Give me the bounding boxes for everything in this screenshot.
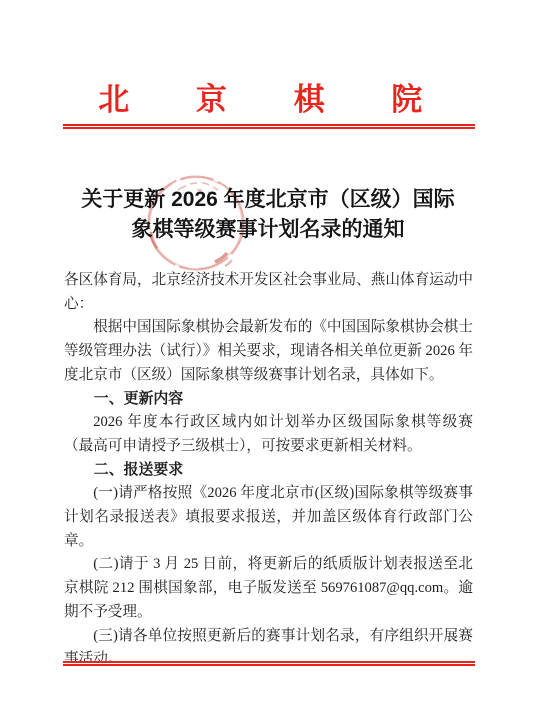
- notice-title-line1: 关于更新 2026 年度北京市（区级）国际: [0, 185, 536, 215]
- notice-document-page: 北 京 棋 院 关于更新 2026 年度北京市（区级）国际 象棋等级赛事计划名录…: [0, 0, 536, 710]
- section-heading-1: 一、更新内容: [64, 388, 473, 412]
- footer-divider-line: [63, 661, 475, 666]
- salutation-line: 各区体育局，北京经济技术开发区社会事业局、燕山体育运动中心：: [64, 269, 473, 316]
- paragraph-item-1: (一)请严格按照《2026 年度北京市(区级)国际象棋等级赛事计划名录报送表》填…: [64, 482, 473, 553]
- section-heading-2: 二、报送要求: [64, 459, 473, 483]
- paragraph-intro: 根据中国国际象棋协会最新发布的《中国国际象棋协会棋士等级管理办法（试行）》相关要…: [64, 316, 473, 387]
- letterhead-org-name: 北 京 棋 院: [0, 74, 536, 119]
- paragraph-section-1: 2026 年度本行政区域内如计划举办区级国际象棋等级赛（最高可申请授予三级棋士）…: [64, 411, 473, 458]
- paragraph-item-2: (二)请于 3 月 25 日前，将更新后的纸质版计划表报送至北京棋院 212 围…: [64, 553, 473, 624]
- notice-body: 各区体育局，北京经济技术开发区社会事业局、燕山体育运动中心： 根据中国国际象棋协…: [64, 269, 473, 672]
- notice-title-line2: 象棋等级赛事计划名录的通知: [0, 215, 536, 245]
- notice-title: 关于更新 2026 年度北京市（区级）国际 象棋等级赛事计划名录的通知: [0, 185, 536, 245]
- letterhead-divider-line: [63, 124, 475, 129]
